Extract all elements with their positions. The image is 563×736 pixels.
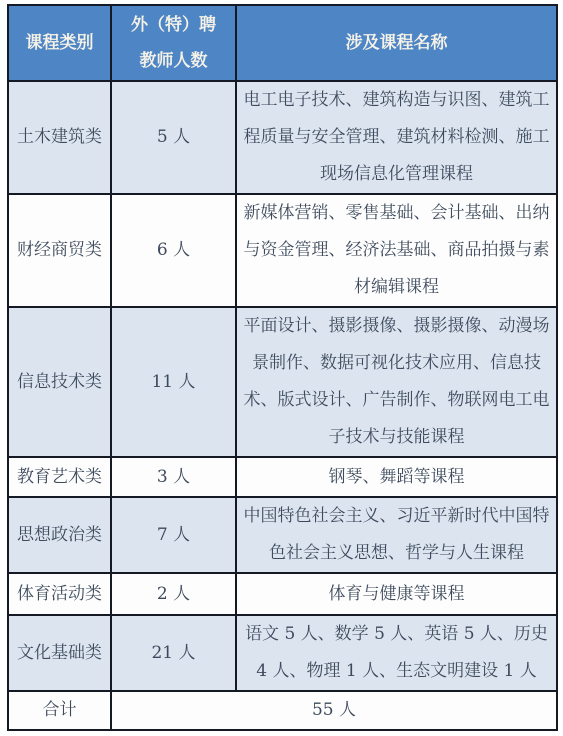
- category-cell: 土木建筑类: [8, 81, 111, 194]
- teacher-count-cell: 3 人: [111, 457, 236, 497]
- header-teacher-count-line1: 外（特）聘: [112, 7, 235, 43]
- teacher-count-cell: 7 人: [111, 497, 236, 573]
- external-teachers-course-table: 课程类别 外（特）聘 教师人数 涉及课程名称 土木建筑类 5 人 电工电子技术、…: [7, 4, 558, 731]
- table-row: 土木建筑类 5 人 电工电子技术、建筑构造与识图、建筑工程质量与安全管理、建筑材…: [8, 81, 557, 194]
- courses-cell: 语文 5 人、数学 5 人、英语 5 人、历史 4 人、物理 1 人、生态文明建…: [236, 615, 557, 691]
- category-cell: 信息技术类: [8, 307, 111, 457]
- category-cell: 思想政治类: [8, 497, 111, 573]
- table-row: 思想政治类 7 人 中国特色社会主义、习近平新时代中国特色社会主义思想、哲学与人…: [8, 497, 557, 573]
- table-row: 体育活动类 2 人 体育与健康等课程: [8, 573, 557, 615]
- category-cell: 教育艺术类: [8, 457, 111, 497]
- table-body: 土木建筑类 5 人 电工电子技术、建筑构造与识图、建筑工程质量与安全管理、建筑材…: [8, 81, 557, 730]
- courses-cell: 体育与健康等课程: [236, 573, 557, 615]
- category-cell: 文化基础类: [8, 615, 111, 691]
- table-row: 教育艺术类 3 人 钢琴、舞蹈等课程: [8, 457, 557, 497]
- header-row: 课程类别 外（特）聘 教师人数 涉及课程名称: [8, 5, 557, 81]
- header-teacher-count-line2: 教师人数: [112, 43, 235, 79]
- table-row: 文化基础类 21 人 语文 5 人、数学 5 人、英语 5 人、历史 4 人、物…: [8, 615, 557, 691]
- header-courses-label: 涉及课程名称: [346, 33, 448, 53]
- table-row: 信息技术类 11 人 平面设计、摄影摄像、摄影摄像、动漫场景制作、数据可视化技术…: [8, 307, 557, 457]
- teacher-count-cell: 21 人: [111, 615, 236, 691]
- header-category: 课程类别: [8, 5, 111, 81]
- courses-cell: 新媒体营销、零售基础、会计基础、出纳与资金管理、经济法基础、商品拍摄与素材编辑课…: [236, 194, 557, 307]
- total-label-cell: 合计: [8, 691, 111, 730]
- total-value-cell: 55 人: [111, 691, 557, 730]
- courses-cell: 钢琴、舞蹈等课程: [236, 457, 557, 497]
- header-category-label: 课程类别: [26, 33, 94, 53]
- header-courses: 涉及课程名称: [236, 5, 557, 81]
- courses-cell: 平面设计、摄影摄像、摄影摄像、动漫场景制作、数据可视化技术应用、信息技术、版式设…: [236, 307, 557, 457]
- teacher-count-cell: 6 人: [111, 194, 236, 307]
- teacher-count-cell: 5 人: [111, 81, 236, 194]
- teacher-count-cell: 11 人: [111, 307, 236, 457]
- table-wrapper: 课程类别 外（特）聘 教师人数 涉及课程名称 土木建筑类 5 人 电工电子技术、…: [0, 0, 563, 736]
- table-row: 财经商贸类 6 人 新媒体营销、零售基础、会计基础、出纳与资金管理、经济法基础、…: [8, 194, 557, 307]
- category-cell: 体育活动类: [8, 573, 111, 615]
- teacher-count-cell: 2 人: [111, 573, 236, 615]
- header-teacher-count: 外（特）聘 教师人数: [111, 5, 236, 81]
- courses-cell: 中国特色社会主义、习近平新时代中国特色社会主义思想、哲学与人生课程: [236, 497, 557, 573]
- courses-cell: 电工电子技术、建筑构造与识图、建筑工程质量与安全管理、建筑材料检测、施工现场信息…: [236, 81, 557, 194]
- category-cell: 财经商贸类: [8, 194, 111, 307]
- total-row: 合计 55 人: [8, 691, 557, 730]
- table-header: 课程类别 外（特）聘 教师人数 涉及课程名称: [8, 5, 557, 81]
